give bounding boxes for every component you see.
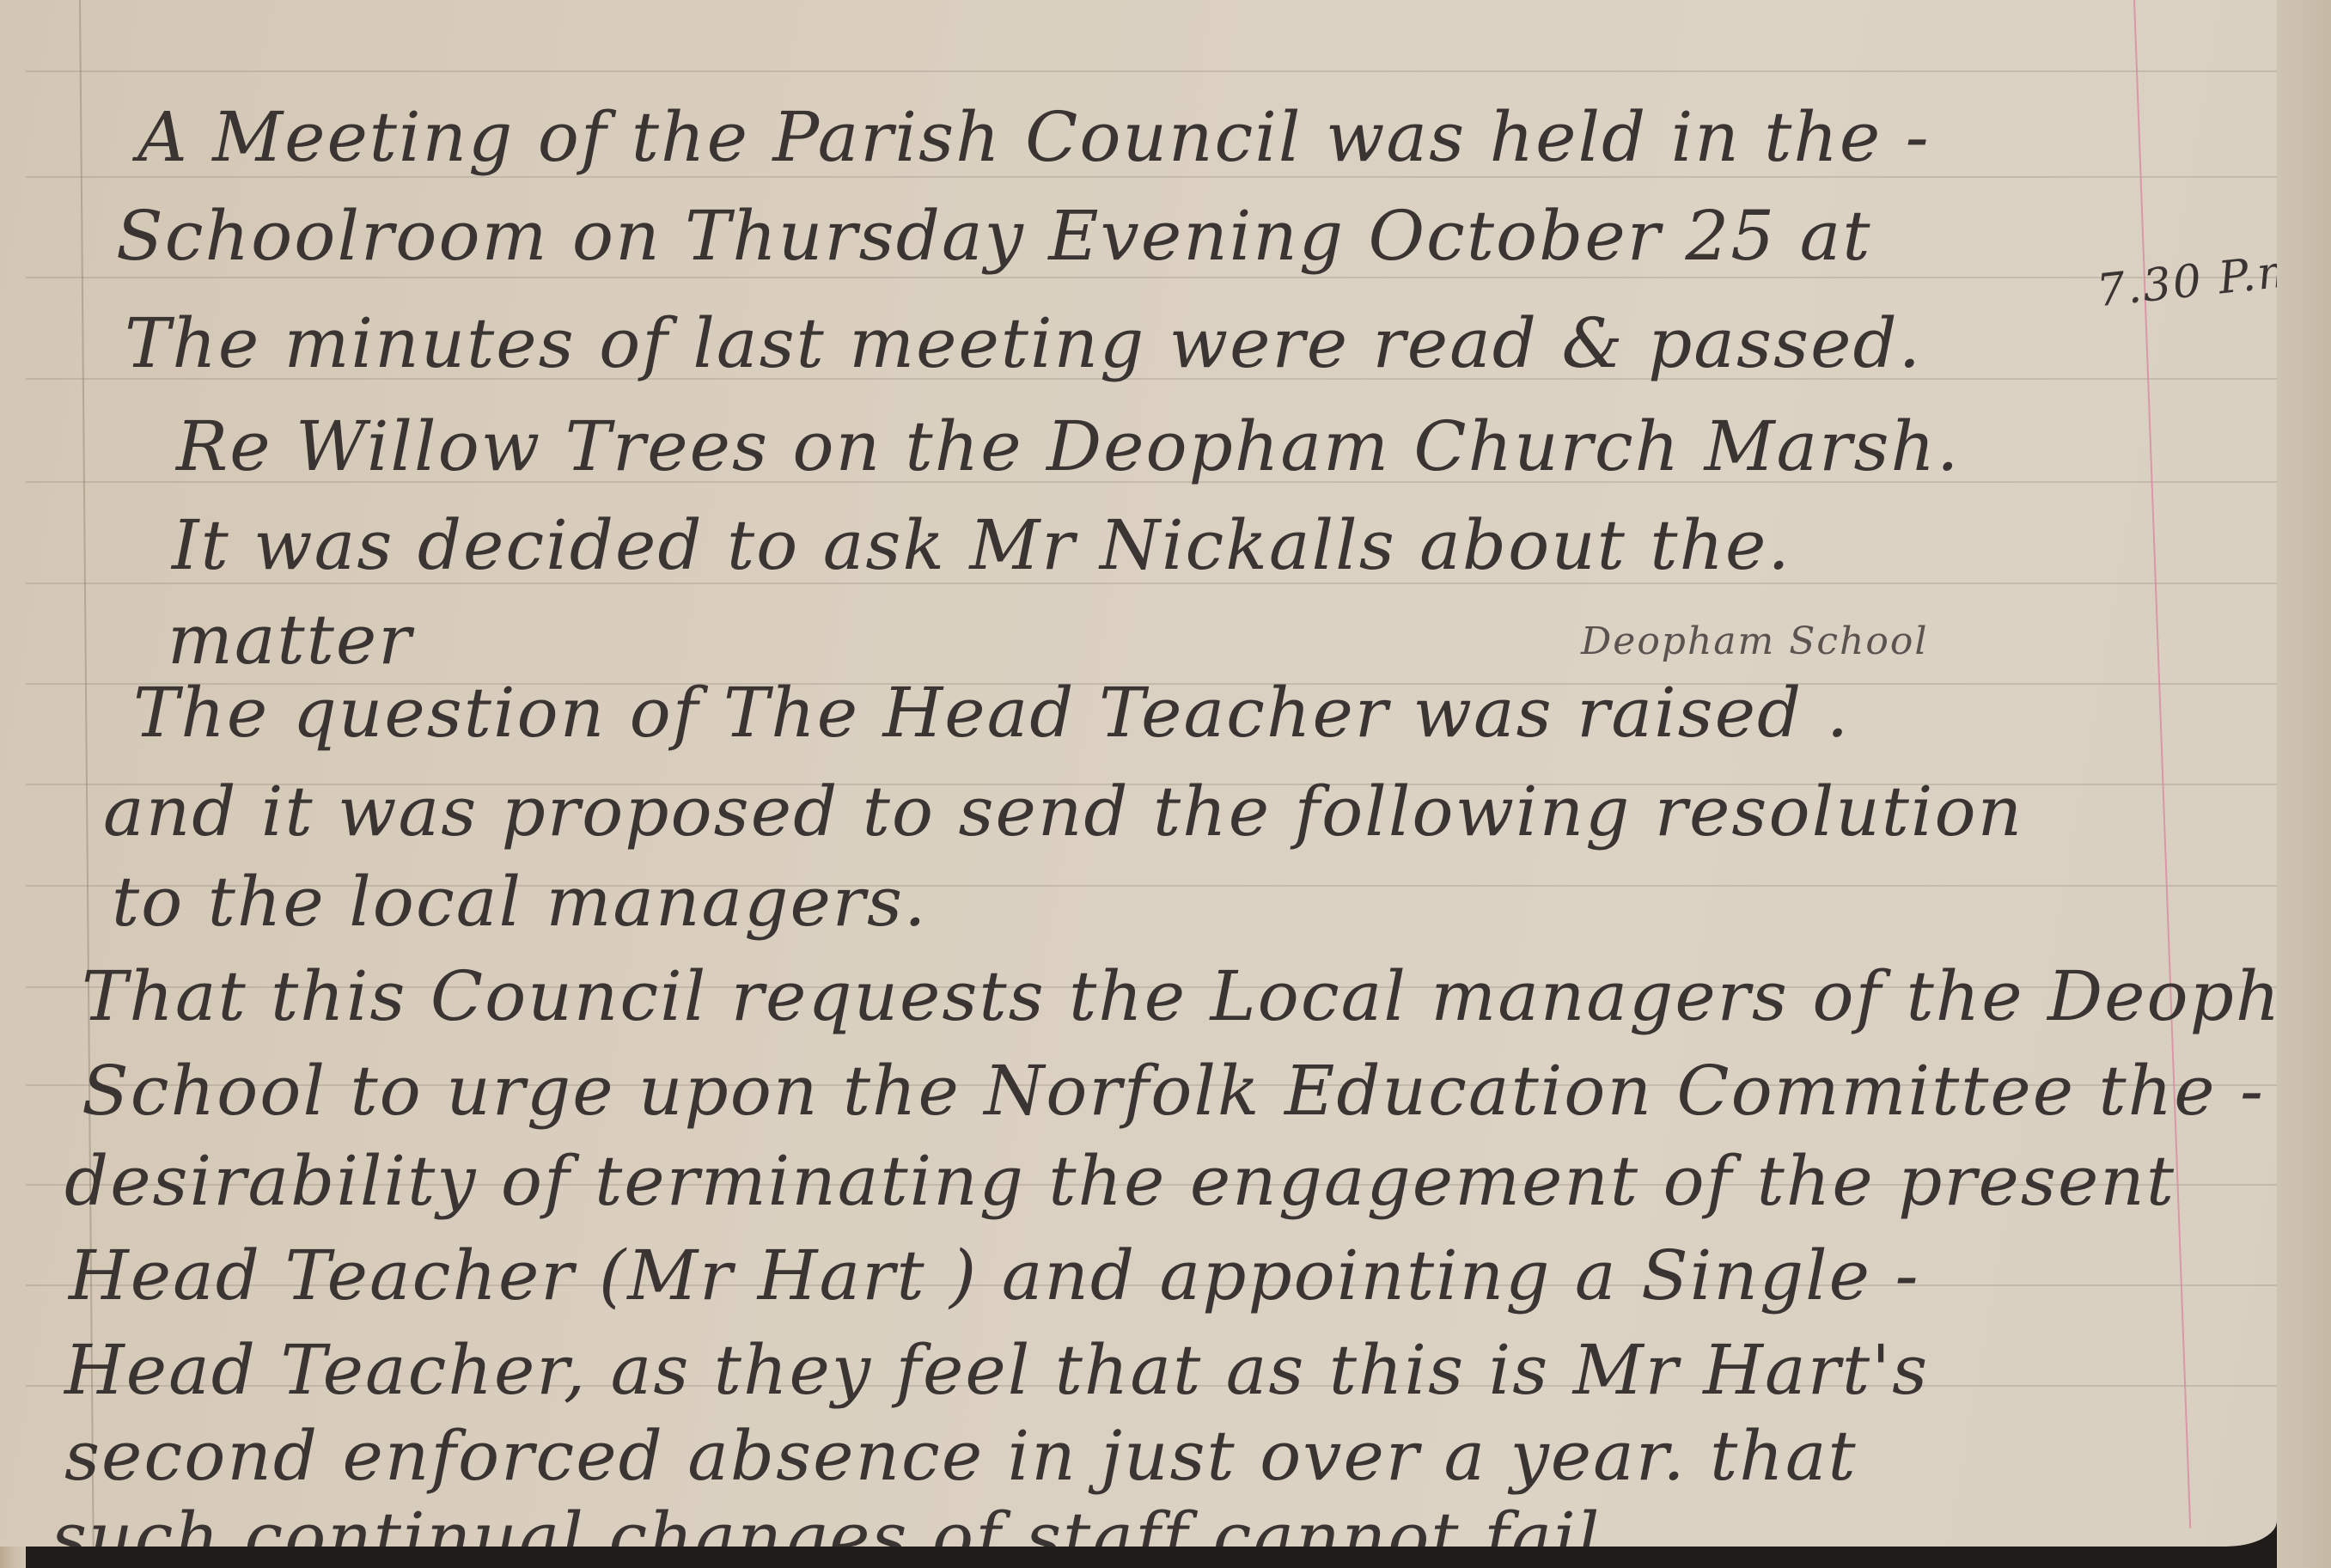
handwritten-line-9: to the local managers. — [112, 868, 928, 937]
handwritten-line-12: desirability of terminating the engageme… — [64, 1147, 2175, 1216]
handwritten-line-16: such continual changes of staff cannot f… — [52, 1504, 1601, 1547]
handwritten-line-5: It was decided to ask Mr Nickalls about … — [172, 511, 1791, 580]
ruled-line — [26, 277, 2277, 278]
time-annotation: 7.30 P.m. — [2095, 247, 2277, 314]
next-pages-edge — [2277, 0, 2331, 1568]
handwritten-line-10: That this Council requests the Local man… — [82, 962, 2277, 1031]
handwritten-line-1: A Meeting of the Parish Council was held… — [137, 103, 1931, 172]
handwritten-line-14: Head Teacher, as they feel that as this … — [64, 1336, 1929, 1405]
handwritten-line-11: School to urge upon the Norfolk Educatio… — [82, 1057, 2265, 1126]
margin-rule — [2133, 0, 2191, 1528]
handwritten-line-15: second enforced absence in just over a y… — [64, 1422, 1858, 1491]
notebook-page: A Meeting of the Parish Council was held… — [0, 0, 2277, 1547]
handwritten-line-8: and it was proposed to send the followin… — [103, 778, 2023, 846]
handwritten-line-13: Head Teacher (Mr Hart ) and appointing a… — [69, 1242, 1919, 1310]
handwritten-line-3: The minutes of last meeting were read & … — [125, 309, 1922, 378]
handwritten-line-2: Schoolroom on Thursday Evening October 2… — [116, 202, 1871, 271]
handwritten-line-6: matter — [168, 606, 412, 674]
handwritten-line-7: The question of The Head Teacher was rai… — [133, 679, 1850, 747]
ruled-line — [26, 70, 2277, 72]
insertion-annotation: Deopham School — [1581, 623, 1928, 661]
handwritten-line-4: Re Willow Trees on the Deopham Church Ma… — [176, 412, 1960, 481]
